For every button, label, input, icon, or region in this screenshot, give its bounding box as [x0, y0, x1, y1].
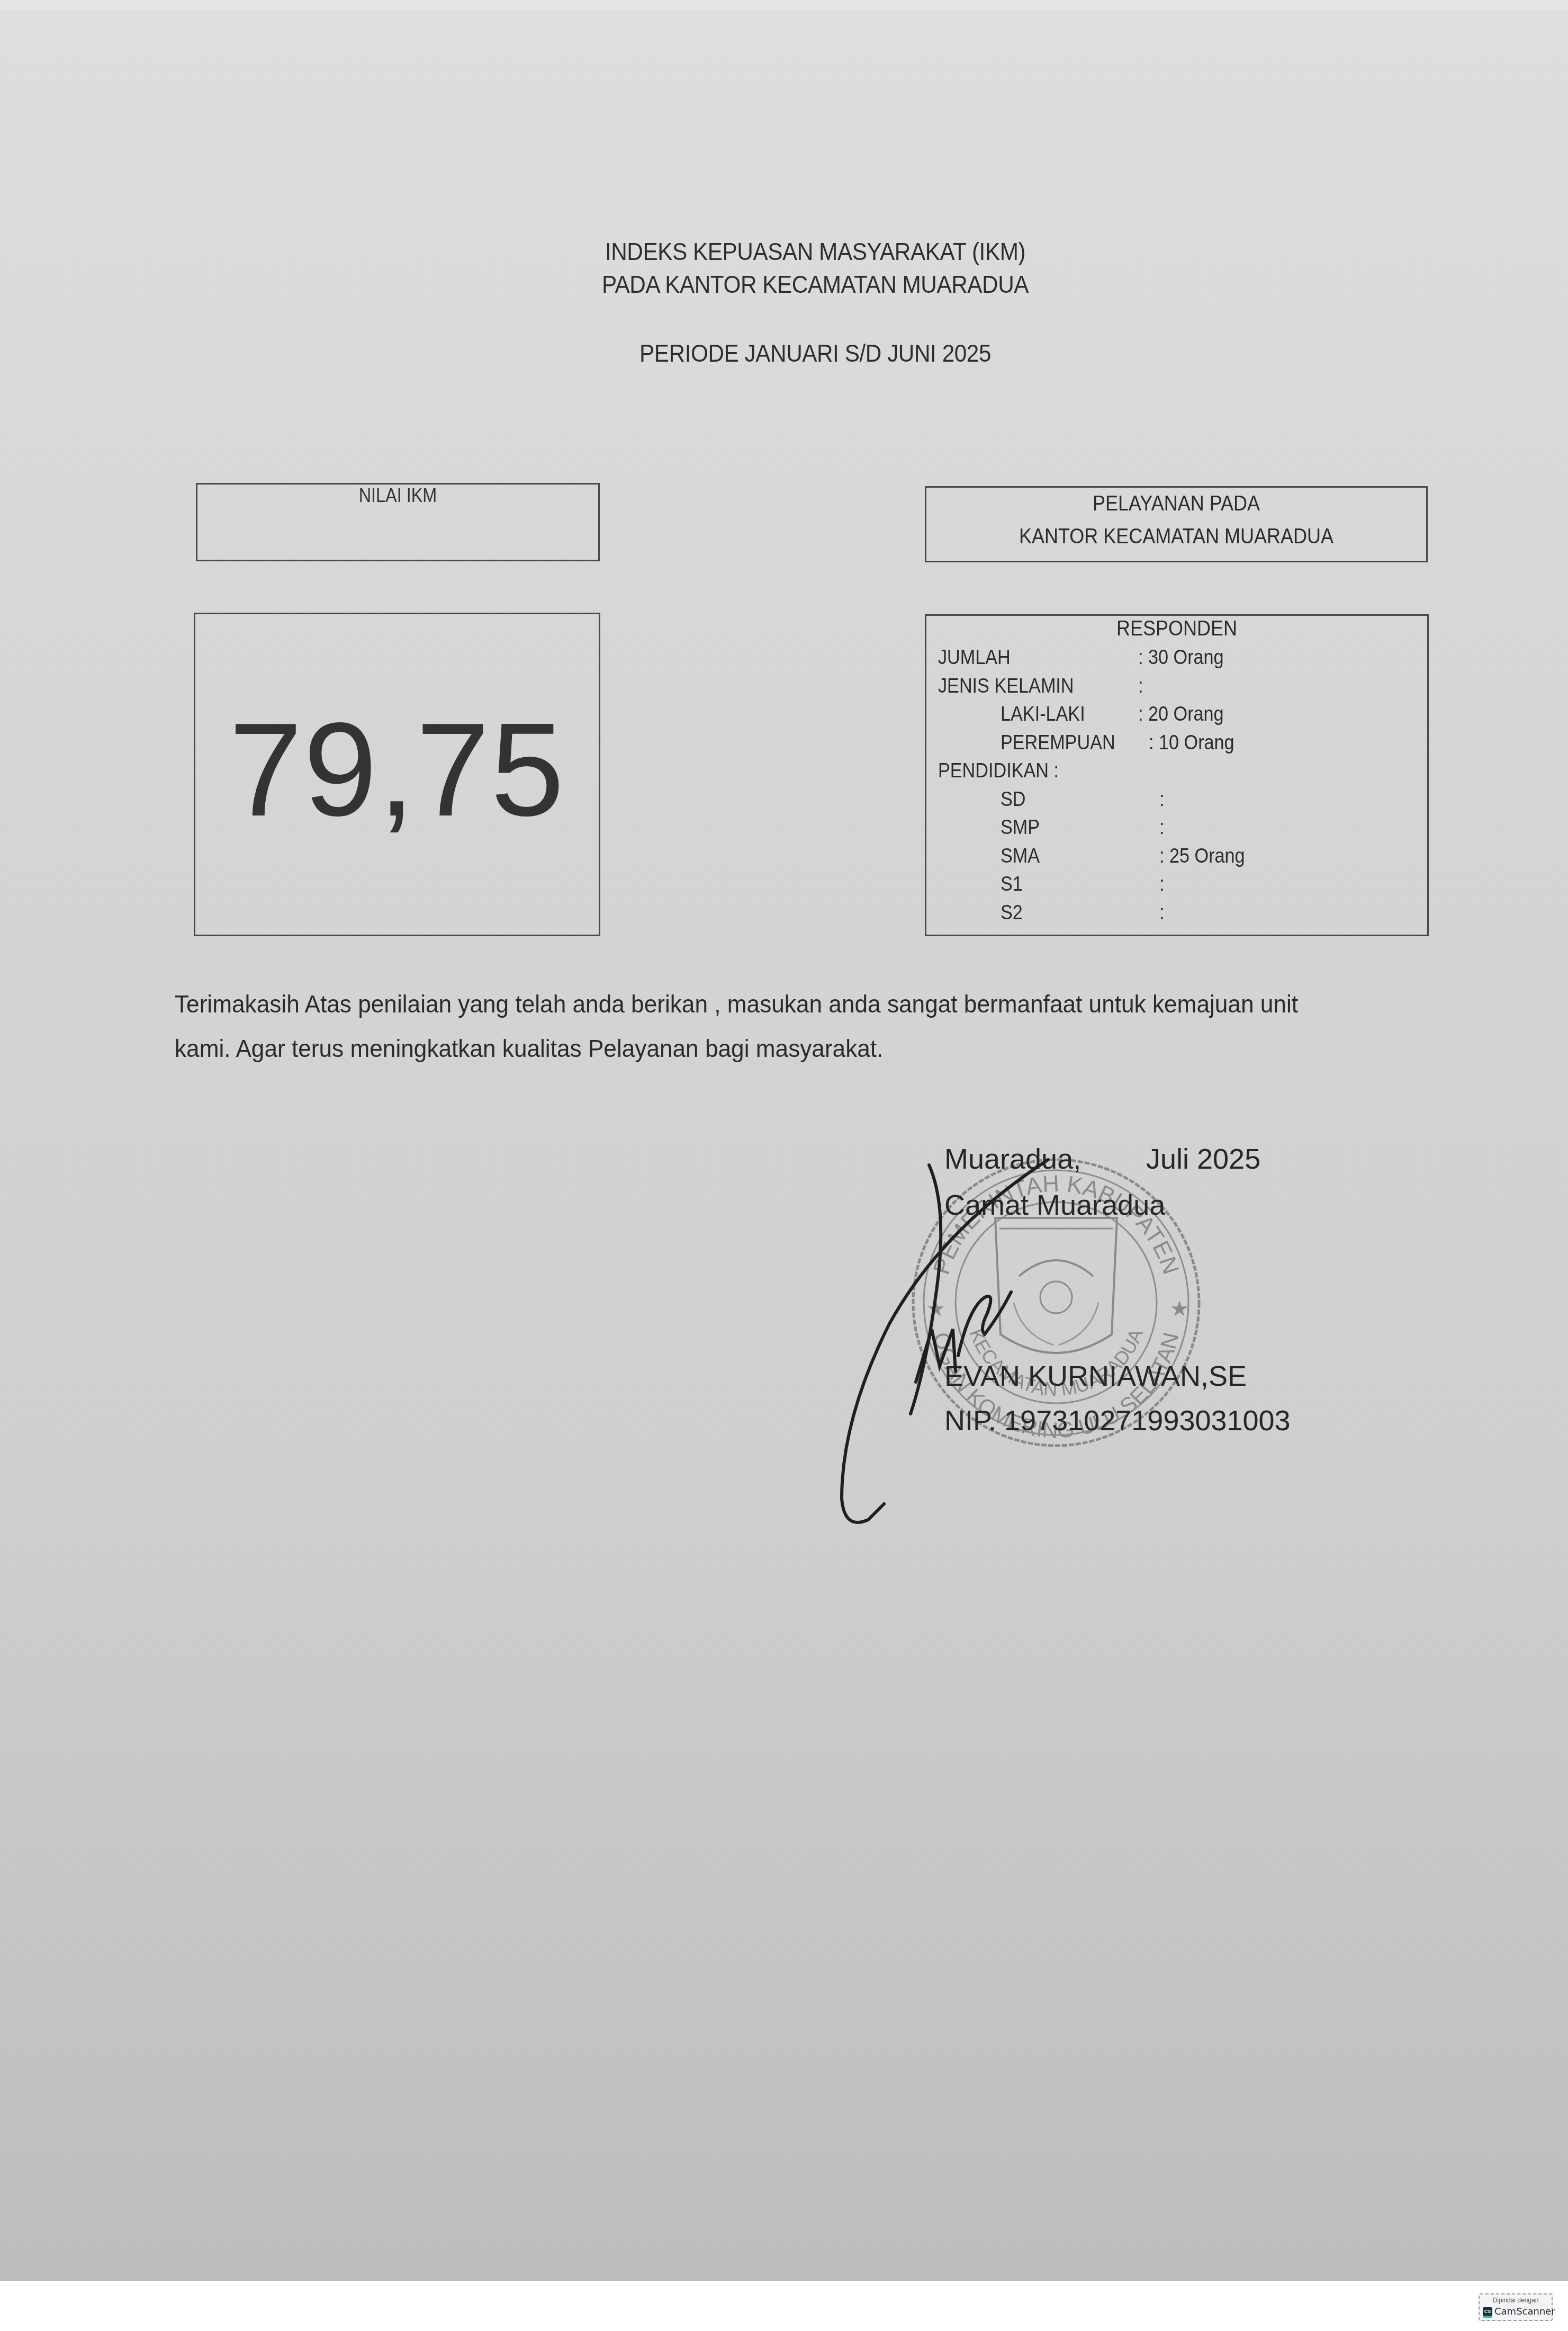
responden-row-value: :	[1159, 902, 1165, 925]
responden-row-label: PEREMPUAN	[1001, 732, 1115, 755]
responden-row-value: : 10 Orang	[1149, 732, 1234, 755]
nilai-ikm-value-box: 79,75	[194, 613, 600, 936]
responden-row-value: :	[1159, 817, 1165, 839]
responden-row-label: S2	[1001, 902, 1023, 925]
responden-row: SMA: 25 Orang	[1001, 845, 1040, 868]
signature-date: Juli 2025	[1146, 1143, 1260, 1176]
message-line-2: kami. Agar terus meningkatkan kualitas P…	[175, 1034, 1399, 1063]
responden-row: SD:	[1001, 788, 1026, 811]
responden-row-label: S1	[1001, 873, 1023, 896]
responden-row: PENDIDIKAN :	[938, 760, 1059, 783]
doc-period: PERIODE JANUARI S/D JUNI 2025	[65, 339, 1565, 367]
responden-row-label: SD	[1001, 788, 1026, 811]
nilai-ikm-label: NILAI IKM	[218, 485, 578, 507]
responden-row: LAKI-LAKI: 20 Orang	[1001, 703, 1085, 726]
responden-box: RESPONDEN JUMLAH: 30 OrangJENIS KELAMIN:…	[925, 614, 1429, 936]
responden-row: S2:	[1001, 902, 1023, 925]
responden-row-label: JENIS KELAMIN	[938, 675, 1074, 698]
camscanner-logo-icon: CS	[1483, 2307, 1492, 2318]
responden-row: SMP:	[1001, 817, 1040, 839]
responden-row-label: LAKI-LAKI	[1001, 703, 1085, 726]
responden-row-label: PENDIDIKAN :	[938, 760, 1059, 783]
responden-row-value: :	[1159, 873, 1165, 896]
doc-title: INDEKS KEPUASAN MASYARAKAT (IKM)	[65, 237, 1565, 266]
responden-row: JUMLAH: 30 Orang	[938, 647, 1011, 669]
responden-row: PEREMPUAN: 10 Orang	[1001, 732, 1115, 755]
responden-title: RESPONDEN	[951, 617, 1402, 641]
camscanner-watermark: Dipindai dengan CS CamScanner	[1479, 2293, 1553, 2321]
responden-row: JENIS KELAMIN:	[938, 675, 1074, 698]
responden-row-value: :	[1138, 675, 1143, 698]
nilai-ikm-value: 79,75	[195, 694, 599, 846]
responden-row-value: : 25 Orang	[1159, 845, 1245, 868]
scanned-page: INDEKS KEPUASAN MASYARAKAT (IKM) PADA KA…	[0, 0, 1568, 2281]
responden-row-value: :	[1159, 788, 1165, 811]
message-line-1: Terimakasih Atas penilaian yang telah an…	[175, 989, 1399, 1018]
responden-row-value: : 30 Orang	[1138, 647, 1224, 669]
responden-row-label: SMP	[1001, 817, 1040, 839]
pelayanan-box: PELAYANAN PADA KANTOR KECAMATAN MUARADUA	[925, 486, 1428, 562]
responden-row-label: SMA	[1001, 845, 1040, 868]
svg-text:★: ★	[1170, 1297, 1189, 1321]
watermark-caption: Dipindai dengan	[1480, 2297, 1552, 2304]
responden-row-label: JUMLAH	[938, 647, 1011, 669]
handwritten-signature	[826, 1154, 1101, 1536]
watermark-brand: CamScanner	[1494, 2306, 1555, 2317]
responden-row-value: : 20 Orang	[1138, 703, 1224, 726]
responden-row: S1:	[1001, 873, 1023, 896]
nilai-ikm-header-box: NILAI IKM	[196, 483, 600, 561]
pelayanan-office: KANTOR KECAMATAN MUARADUA	[951, 525, 1401, 549]
pelayanan-label: PELAYANAN PADA	[951, 492, 1401, 516]
doc-subtitle: PADA KANTOR KECAMATAN MUARADUA	[65, 270, 1565, 299]
